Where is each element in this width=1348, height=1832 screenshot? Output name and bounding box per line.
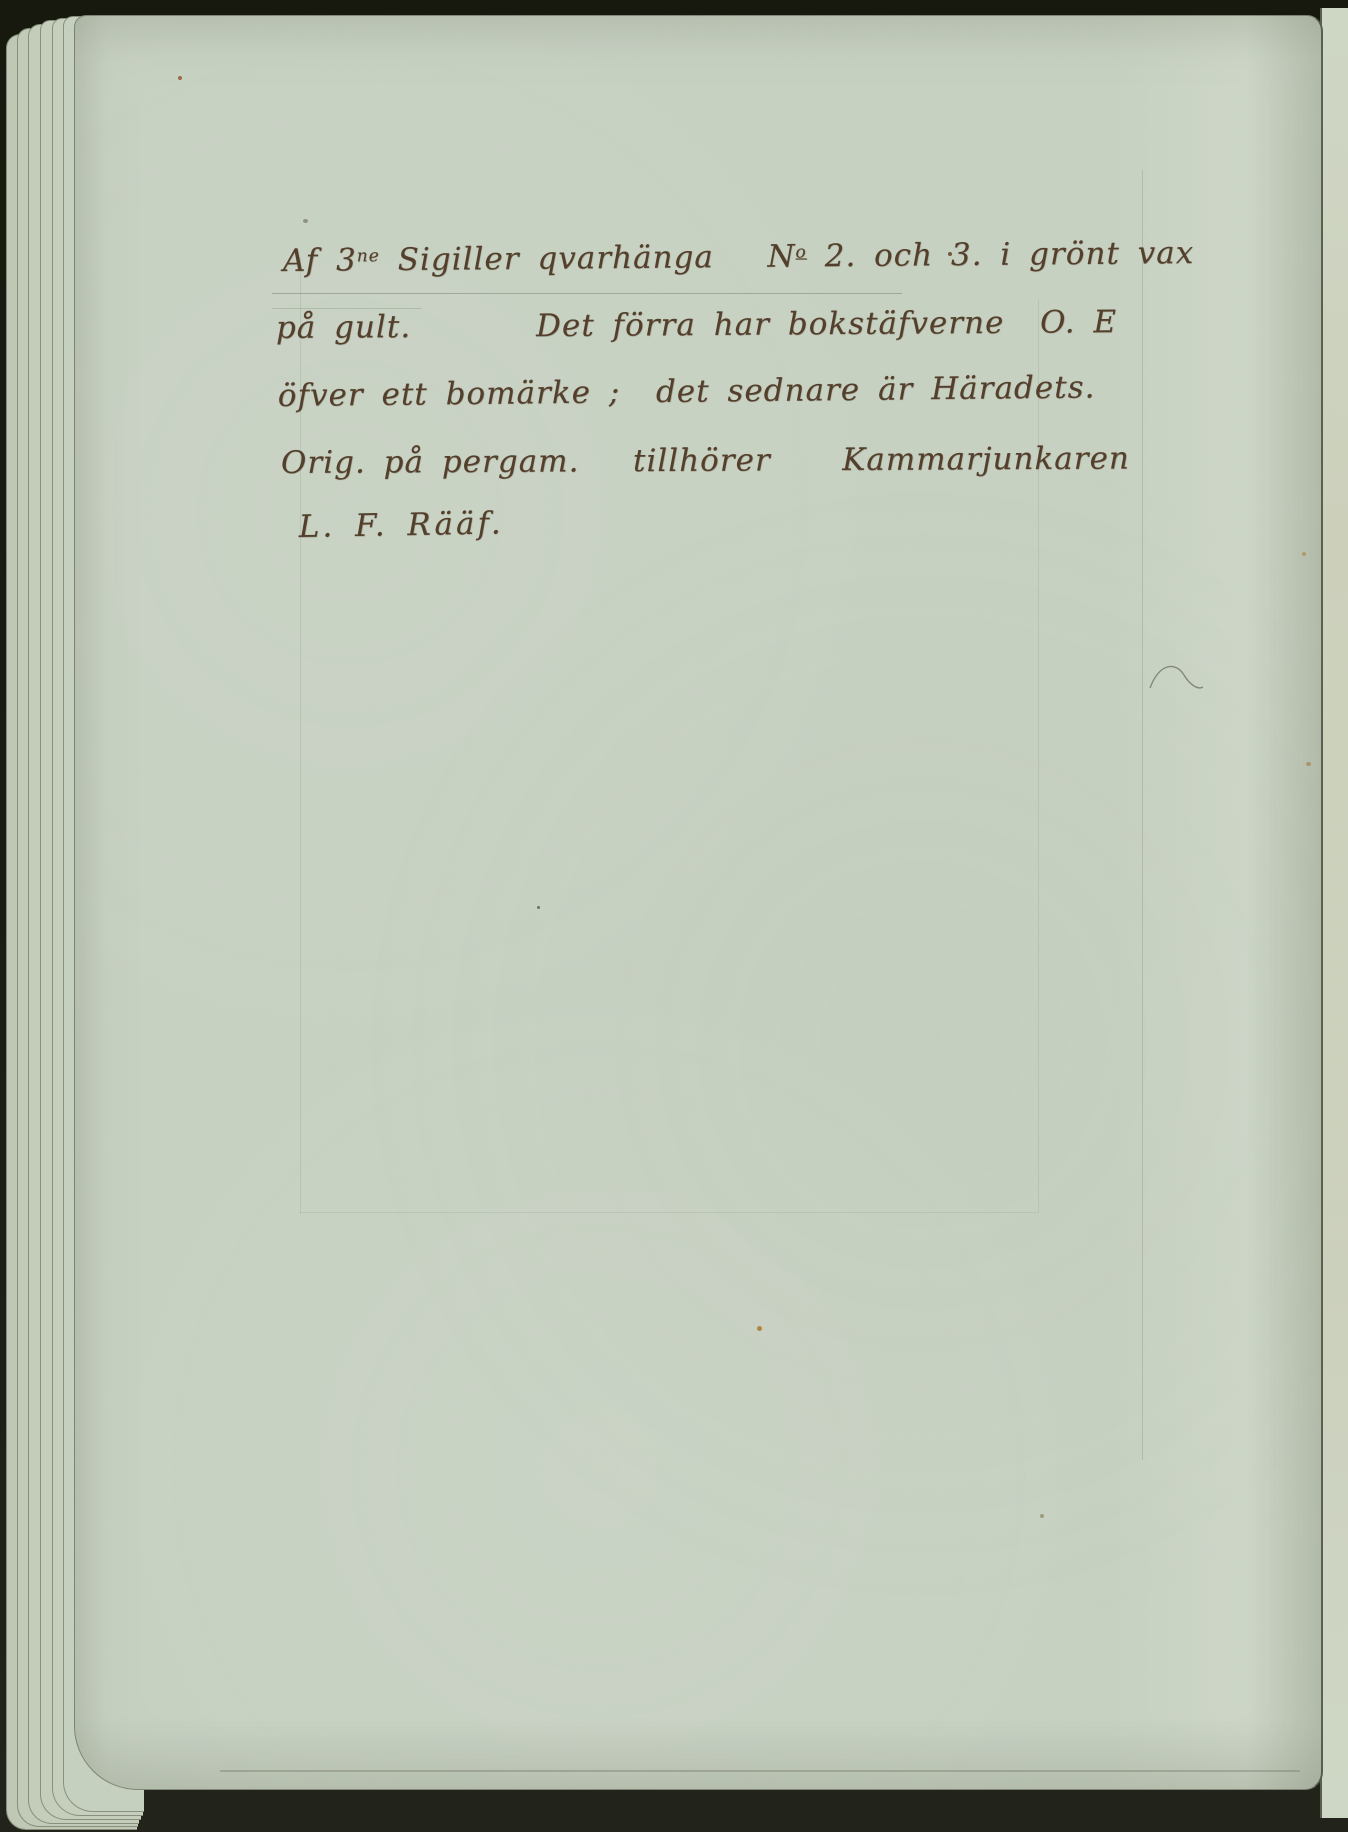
superscript: ne bbox=[357, 246, 380, 266]
handwriting-line-1: Af 3ne Sigiller qvarhänga No 2. och 3. i… bbox=[283, 238, 1195, 277]
handwriting-line-4: Orig. på pergam. tillhörer Kammarjunkare… bbox=[281, 444, 1130, 479]
next-page-edge bbox=[1320, 8, 1348, 1818]
handwriting-line-3: öfver ett bomärke ; det sednare är Härad… bbox=[278, 372, 1096, 412]
handwriting-segment: Af 3 bbox=[283, 242, 357, 279]
paper-fiber-artifact bbox=[1146, 658, 1206, 698]
handwriting-line-2: på gult. Det förra har bokstäfverne O. E bbox=[276, 307, 1117, 344]
manuscript-page bbox=[74, 15, 1323, 1790]
handwriting-line-5: L. F. Rääf. bbox=[298, 508, 503, 543]
handwriting-segment: 2. och 3. i grönt vax bbox=[807, 235, 1195, 274]
handwriting-segment: Sigiller qvarhänga N bbox=[380, 239, 796, 279]
superscript: o bbox=[795, 242, 806, 262]
book-scan: Af 3ne Sigiller qvarhänga No 2. och 3. i… bbox=[0, 0, 1348, 1832]
